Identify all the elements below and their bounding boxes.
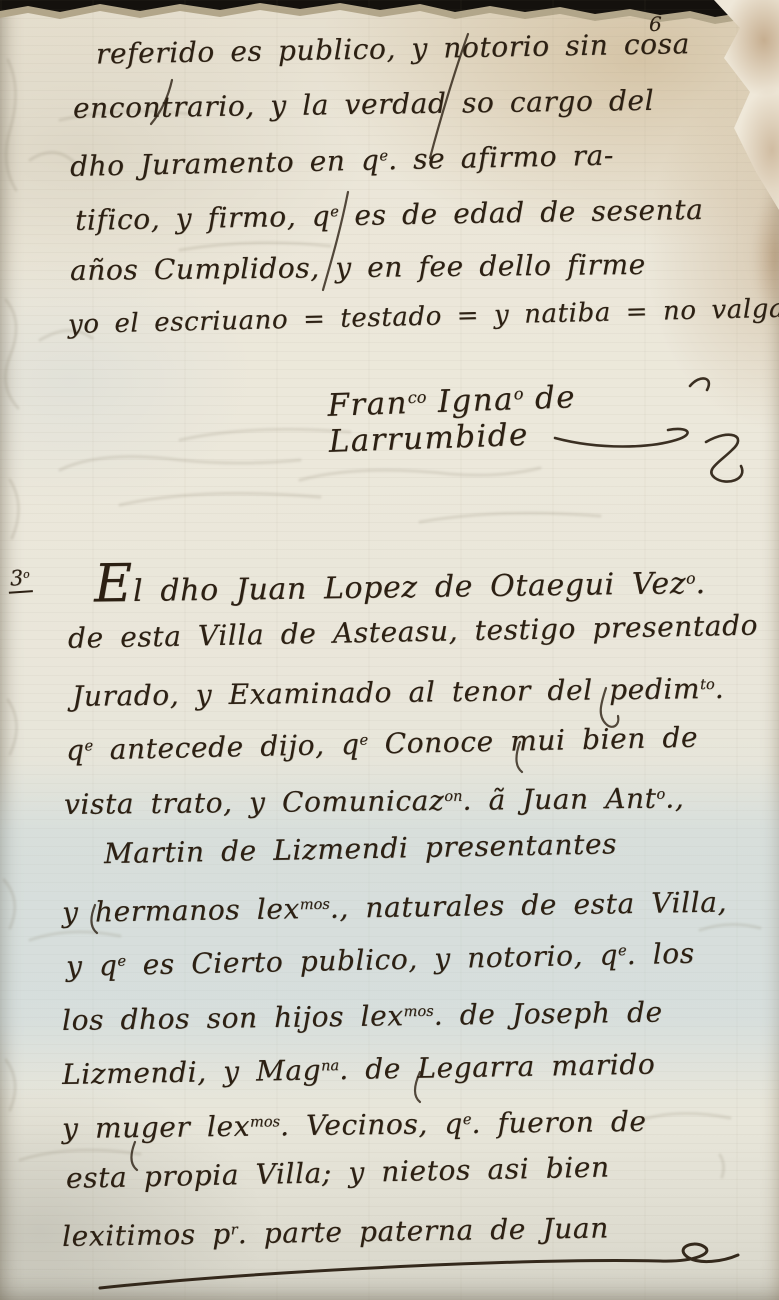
abbreviation-superscript: o xyxy=(513,384,523,403)
abbreviation-superscript: mos xyxy=(403,1003,433,1020)
manuscript-line: Lizmendi, y Magna. de Legarra marido xyxy=(60,1032,771,1098)
abbreviation-superscript: e xyxy=(379,147,388,164)
manuscript-line: tifico, y firmo, qe es de edad de sesent… xyxy=(68,178,749,244)
abbreviation-superscript: e xyxy=(84,737,93,754)
abbreviation-superscript: r xyxy=(231,1221,238,1238)
paragraph-2: El dho Juan Lopez de Otaegui Vezo.de est… xyxy=(60,558,770,1260)
abbreviation-superscript: on xyxy=(444,788,462,805)
abbreviation-superscript: to xyxy=(700,676,715,693)
abbreviation-superscript: na xyxy=(321,1057,339,1074)
abbreviation-superscript: co xyxy=(407,387,426,407)
abbreviation-superscript: o xyxy=(23,568,30,581)
abbreviation-superscript: e xyxy=(359,732,368,749)
manuscript-page: 6 referido es publico, y notorio sin cos… xyxy=(0,0,779,1300)
abbreviation-superscript: mos xyxy=(250,1113,280,1130)
abbreviation-superscript: mos xyxy=(300,896,330,913)
paragraph-1: referido es publico, y notorio sin cosae… xyxy=(68,28,748,352)
abbreviation-superscript: e xyxy=(463,1111,472,1128)
abbreviation-superscript: o xyxy=(686,569,696,587)
manuscript-line: lexitimos pr. parte paterna de Juan xyxy=(60,1195,771,1260)
abbreviation-superscript: e xyxy=(330,203,339,220)
abbreviation-superscript: o xyxy=(656,786,665,803)
abbreviation-superscript: e xyxy=(618,942,627,959)
witness-number-margin-note: 3o xyxy=(7,565,33,594)
manuscript-line: referido es publico, y notorio sin cosa xyxy=(68,16,749,82)
abbreviation-superscript: e xyxy=(117,953,126,970)
